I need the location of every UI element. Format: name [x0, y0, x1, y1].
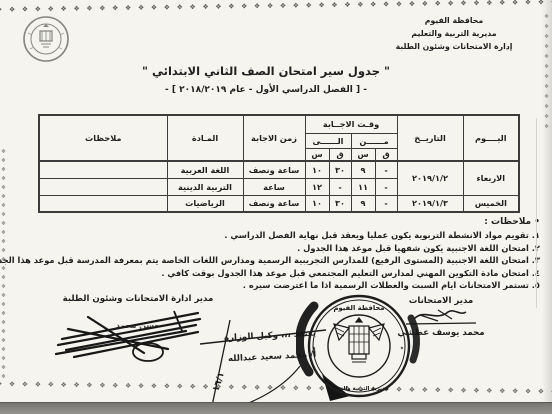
scanned-document-page: ❖ ❖ ❖ ❖ ❖ ❖ ❖ ❖ ❖ ❖ ❖ ❖ ❖ ❖ ❖ ❖ ❖ ❖ ❖ ❖ …	[0, 0, 552, 414]
stamp-top-text: محافظة الفيوم	[333, 304, 384, 312]
col-header-subject: المـادة	[167, 115, 243, 161]
col-header-to: الــــــى	[305, 133, 351, 148]
cell-date: ٢٠١٩/١/٢	[397, 161, 463, 195]
notes-heading: • ملاحظات :	[8, 217, 540, 227]
scan-background-strip	[0, 402, 552, 414]
cell-from-min: -	[375, 195, 397, 212]
table-row: الخميس ٢٠١٩/١/٣ - ٩ ٣٠ ١٠ ساعة ونصف الري…	[39, 195, 519, 212]
handwritten-date: ١٦/١	[211, 371, 227, 393]
letterhead-org-block: محافظة الفيوم مديرية التربية والتعليم إد…	[384, 14, 524, 53]
cell-from-min: -	[375, 178, 397, 195]
cell-day: الخميس	[463, 195, 519, 212]
cell-date: ٢٠١٩/١/٣	[397, 195, 463, 212]
scan-fold-line	[536, 118, 537, 308]
signature-title: مدير ادارة الامتحانات وشئون الطلبة	[48, 294, 228, 304]
cell-subject: الرياضيات	[167, 195, 243, 212]
org-line-directorate: مديرية التربية والتعليم	[384, 27, 524, 40]
official-round-stamp-icon: محافظة الفيوم مديرية التربية والتعليم ٭ …	[296, 288, 426, 408]
table-row: الاربعاء ٢٠١٩/١/٢ - ٩ ٣٠ ١٠ ساعة ونصف ال…	[39, 161, 519, 178]
cell-to-hr: ١٠	[305, 195, 329, 212]
letterhead-seal-icon	[20, 13, 72, 65]
stamp-bottom-text: مديرية التربية والتعليم	[330, 386, 389, 392]
list-item: ٤. امتحان مادة التكوين المهني لمدارس الت…	[8, 267, 540, 280]
cell-to-min: ٣٠	[329, 195, 351, 212]
unit-from-hours: س	[351, 148, 375, 161]
cell-notes	[39, 195, 167, 212]
list-item: ١. تقويم مواد الانشطة التربوية يكون عملي…	[8, 229, 540, 242]
unit-to-hours: س	[305, 148, 329, 161]
cell-notes	[39, 161, 167, 178]
cell-day: الاربعاء	[463, 161, 519, 195]
eagle-emblem-icon	[334, 318, 384, 362]
org-line-governorate: محافظة الفيوم	[384, 14, 524, 27]
cell-from-hr: ٩	[351, 195, 375, 212]
cell-to-min: ٣٠	[329, 161, 351, 178]
col-header-duration: زمن الاجابة	[243, 115, 305, 161]
cell-duration: ساعة ونصف	[243, 161, 305, 178]
unit-from-minutes: ق	[375, 148, 397, 161]
list-item: ٥. تستمر الامتحانات ايام السبت والعطلات …	[8, 279, 540, 292]
cell-from-hr: ١١	[351, 178, 375, 195]
cell-to-hr: ١٢	[305, 178, 329, 195]
col-header-answer-time: وقـت الاجــابة	[305, 115, 397, 133]
col-header-date: التاريــخ	[397, 115, 463, 161]
list-item: ٢. امتحان اللغة الاجنبية يكون شفهيا قبل …	[8, 242, 540, 255]
svg-text:٭: ٭	[400, 344, 404, 352]
col-header-day: اليــــوم	[463, 115, 519, 161]
col-header-from: مــــــن	[351, 133, 397, 148]
cell-duration: ساعة ونصف	[243, 195, 305, 212]
cell-notes	[39, 178, 167, 195]
notes-section: • ملاحظات : ١. تقويم مواد الانشطة التربو…	[8, 217, 540, 292]
exam-schedule-table: اليــــوم التاريــخ وقـت الاجــابة زمن ا…	[38, 114, 520, 213]
ornament-border-top-icon: ❖ ❖ ❖ ❖ ❖ ❖ ❖ ❖ ❖ ❖ ❖ ❖ ❖ ❖ ❖ ❖ ❖ ❖ ❖ ❖ …	[0, 0, 552, 14]
cell-to-hr: ١٠	[305, 161, 329, 178]
cell-subject: اللغة العربية	[167, 161, 243, 178]
col-header-notes: ملاحظات	[39, 115, 167, 161]
org-line-department: إدارة الامتحانات وشئون الطلبة	[384, 40, 524, 53]
cell-to-min: -	[329, 178, 351, 195]
cell-from-min: -	[375, 161, 397, 178]
list-item: ٣. امتحان اللغة الاجنبية (المستوى الرفيع…	[8, 254, 540, 267]
svg-text:٭: ٭	[312, 344, 316, 352]
scan-edge-shadow	[542, 0, 552, 403]
cell-duration: ساعة	[243, 178, 305, 195]
cell-from-hr: ٩	[351, 161, 375, 178]
unit-to-minutes: ق	[329, 148, 351, 161]
cell-subject: التربية الدينية	[167, 178, 243, 195]
document-subtitle: - [ الفصل الدراسي الأول - عام ٢٠١٨/٢٠١٩ …	[0, 85, 532, 95]
document-title: " جدول سير امتحان الصف الثاني الابتدائي …	[0, 64, 532, 78]
